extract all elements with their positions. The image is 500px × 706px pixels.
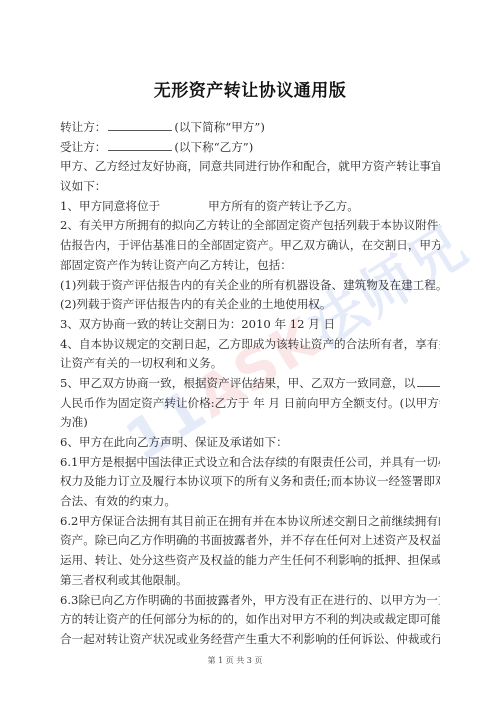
line-label: 5、甲乙双方协商一致，根据资产评估结果，甲、乙双方一致同意，以 [60, 376, 415, 390]
document-line: 合一起对转让资产状况或业务经营产生重大不利影响的任何诉讼、仲裁或行政处理程 [60, 630, 440, 650]
document-line: 转让方：(以下简称“甲方”) [60, 118, 440, 138]
document-line: (1)列载于资产评估报告内的有关企业的所有机器设备、建筑物及在建工程。 [60, 276, 440, 296]
line-label: 受让方： [60, 140, 106, 154]
document-line: 4、自本协议规定的交割日起，乙方即成为该转让资产的合法所有者，享有并承担与转 [60, 335, 440, 355]
document-line: 议如下： [60, 177, 440, 197]
page-footer: 第 1 页 共 3 页 [0, 655, 500, 666]
line-suffix: 甲方所有的资产转让予乙方。 [208, 199, 359, 213]
document-line: 1、甲方同意将位于甲方所有的资产转让予乙方。 [60, 197, 440, 217]
document-line: 估报告内，于评估基准日的全部固定资产。甲乙双方确认，在交割日，甲方将上述全 [60, 236, 440, 256]
document-body: 转让方：(以下简称“甲方”)受让方：(以下称“乙方”)甲方、乙方经过友好协商，同… [60, 118, 440, 650]
document-line: 6、甲方在此向乙方声明、保证及承诺如下： [60, 433, 440, 453]
document-line: 人民币作为固定资产转让价格:乙方于 年 月 日前向甲方全额支付。(以甲方银行到账 [60, 394, 440, 414]
document-title: 无形资产转让协议通用版 [0, 76, 500, 101]
line-suffix: (以下简称“甲方”) [174, 120, 264, 134]
fill-in-blank [108, 139, 172, 151]
line-label: 转让方： [60, 120, 106, 134]
document-line: 2、有关甲方所拥有的拟向乙方转让的全部固定资产包括列载于本协议附件一的资产评 [60, 216, 440, 236]
document-line: 运用、转让、处分这些资产及权益的能力产生任何不利影响的抵押、担保或其他任何 [60, 551, 440, 571]
document-line: 3、双方协商一致的转让交割日为：2010 年 12 月 日 [60, 315, 440, 335]
document-line: 甲方、乙方经过友好协商，同意共同进行协作和配合，就甲方资产转让事宜，达成协 [60, 157, 440, 177]
document-line: 资产。除已向乙方作明确的书面披露者外，并不存在任何对上述资产及权益的价值及 [60, 531, 440, 551]
document-line: 受让方：(以下称“乙方”) [60, 138, 440, 158]
document-line: 部固定资产作为转让资产向乙方转让，包括： [60, 256, 440, 276]
line-suffix: (以下称“乙方”) [174, 140, 253, 154]
document-line: 5、甲乙双方协商一致，根据资产评估结果，甲、乙双方一致同意，以万元 [60, 374, 440, 394]
line-label: 1、甲方同意将位于 [60, 199, 160, 213]
fill-in-blank [108, 119, 172, 131]
document-line: (2)列载于资产评估报告内的有关企业的土地使用权。 [60, 295, 440, 315]
document-line: 6.1甲方是根据中国法律正式设立和合法存续的有限责任公司，并具有一切必要的权利、 [60, 453, 440, 473]
document-line: 让资产有关的一切权利和义务。 [60, 354, 440, 374]
document-line: 第三者权利或其他限制。 [60, 571, 440, 591]
document-line: 6.3除已向乙方作明确的书面披露者外，甲方没有正在进行的、以甲方为一方的或以甲 [60, 591, 440, 611]
document-line: 6.2甲方保证合法拥有其目前正在拥有并在本协议所述交割日之前继续拥有的全部转让 [60, 512, 440, 532]
fill-in-blank [417, 375, 440, 387]
document-line: 方的转让资产的任何部分为标的的，如作出对甲方不利的判决或裁定即可能单独或综 [60, 610, 440, 630]
document-line: 权力及能力订立及履行本协议项下的所有义务和责任;而本协议一经签署即对甲方具有 [60, 472, 440, 492]
document-line: 为准) [60, 413, 440, 433]
document-line: 合法、有效的约束力。 [60, 492, 440, 512]
